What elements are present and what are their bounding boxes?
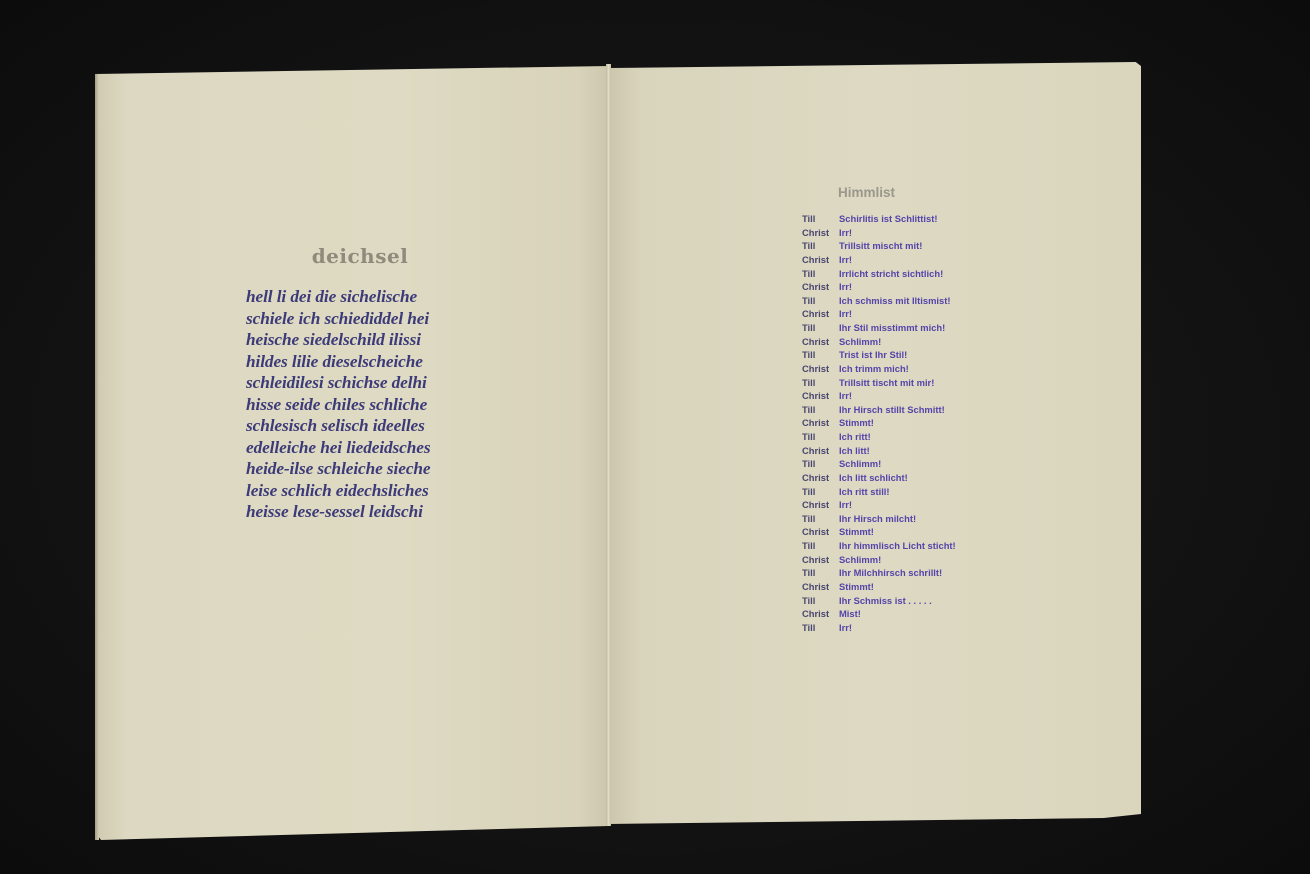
- speaker: Christ: [802, 553, 839, 567]
- poem-line: leise schlich eidechsliches: [246, 480, 462, 502]
- dialogue-line: Ich trimm mich!: [839, 362, 909, 376]
- poem-line: schiele ich schiediddel hei: [246, 308, 462, 330]
- dialogue-line: Stimmt!: [839, 525, 874, 539]
- speaker: Christ: [802, 444, 839, 458]
- speaker: Christ: [802, 607, 839, 621]
- speaker: Till: [802, 376, 839, 390]
- poem-line: schleidilesi schichse delhi: [246, 372, 462, 394]
- speaker: Till: [802, 348, 839, 362]
- poem-line: heisse lese-sessel leidschi: [246, 501, 462, 523]
- poem-line: hildes lilie dieselscheiche: [246, 351, 462, 373]
- poem-line: edelleiche hei liedeidsches: [246, 437, 462, 459]
- dialogue-line: Ihr Hirsch stillt Schmitt!: [839, 403, 945, 417]
- dialogue-row: ChristIch litt!: [802, 444, 1002, 458]
- play-title: Himmlist: [838, 185, 1002, 200]
- dialogue-list: TillSchirlitis ist Schlittist! ChristIrr…: [802, 212, 1002, 634]
- speaker: Christ: [802, 335, 839, 349]
- dialogue-line: Stimmt!: [839, 416, 874, 430]
- dialogue-row: ChristStimmt!: [802, 525, 1002, 539]
- dialogue-line: Ich ritt still!: [839, 485, 890, 499]
- speaker: Christ: [802, 389, 839, 403]
- dialogue-row: TillIch ritt!: [802, 430, 1002, 444]
- speaker: Till: [802, 539, 839, 553]
- dialogue-line: Irr!: [839, 307, 852, 321]
- poem-line: hell li dei die sichelische: [246, 286, 462, 308]
- poem-lines: hell li dei die sichelische schiele ich …: [246, 286, 462, 523]
- speaker: Christ: [802, 471, 839, 485]
- speaker: Till: [802, 239, 839, 253]
- poem-line: schlesisch selisch ideelles: [246, 415, 462, 437]
- dialogue-row: TillIrrlicht stricht sichtlich!: [802, 267, 1002, 281]
- speaker: Till: [802, 485, 839, 499]
- dialogue-row: TillIch ritt still!: [802, 485, 1002, 499]
- dialogue-line: Irr!: [839, 389, 852, 403]
- dialogue-line: Schlimm!: [839, 457, 881, 471]
- dialogue-row: ChristIrr!: [802, 280, 1002, 294]
- dialogue-row: ChristStimmt!: [802, 580, 1002, 594]
- speaker: Till: [802, 430, 839, 444]
- speaker: Till: [802, 621, 839, 635]
- dialogue-line: Irr!: [839, 621, 852, 635]
- dialogue-line: Ich ritt!: [839, 430, 871, 444]
- dialogue-row: TillIhr Stil misstimmt mich!: [802, 321, 1002, 335]
- dialogue-line: Irr!: [839, 280, 852, 294]
- speaker: Christ: [802, 253, 839, 267]
- dialogue-line: Ich litt!: [839, 444, 870, 458]
- dialogue-row: TillTrist ist Ihr Stil!: [802, 348, 1002, 362]
- dialogue-row: ChristMist!: [802, 607, 1002, 621]
- dialogue-row: ChristIch litt schlicht!: [802, 471, 1002, 485]
- dialogue-line: Irr!: [839, 498, 852, 512]
- dialogue-row: TillIch schmiss mit Iltismist!: [802, 294, 1002, 308]
- dialogue-row: TillIhr Milchhirsch schrillt!: [802, 566, 1002, 580]
- dialogue-line: Ihr Schmiss ist . . . . .: [839, 594, 932, 608]
- speaker: Till: [802, 294, 839, 308]
- dialogue-line: Trist ist Ihr Stil!: [839, 348, 907, 362]
- dialogue-row: TillSchlimm!: [802, 457, 1002, 471]
- dialogue-row: ChristStimmt!: [802, 416, 1002, 430]
- poem-deichsel: deichsel hell li dei die sichelische sch…: [246, 244, 462, 523]
- dialogue-line: Trillsitt mischt mit!: [839, 239, 922, 253]
- poem-line: heische siedelschild ilissi: [246, 329, 462, 351]
- speaker: Till: [802, 457, 839, 471]
- speaker: Till: [802, 512, 839, 526]
- speaker: Till: [802, 267, 839, 281]
- dialogue-line: Irr!: [839, 253, 852, 267]
- dialogue-line: Irrlicht stricht sichtlich!: [839, 267, 943, 281]
- dialogue-row: ChristIrr!: [802, 498, 1002, 512]
- speaker: Till: [802, 321, 839, 335]
- dialogue-row: TillIrr!: [802, 621, 1002, 635]
- poem-title: deichsel: [246, 244, 462, 268]
- dialogue-row: ChristIrr!: [802, 307, 1002, 321]
- speaker: Christ: [802, 226, 839, 240]
- speaker: Till: [802, 594, 839, 608]
- dialogue-row: TillIhr Hirsch stillt Schmitt!: [802, 403, 1002, 417]
- dialogue-row: ChristIrr!: [802, 226, 1002, 240]
- dialogue-line: Schlimm!: [839, 335, 881, 349]
- dialogue-line: Schlimm!: [839, 553, 881, 567]
- poem-line: heide-ilse schleiche sieche: [246, 458, 462, 480]
- speaker: Till: [802, 566, 839, 580]
- dialogue-row: TillIhr Hirsch milcht!: [802, 512, 1002, 526]
- speaker: Christ: [802, 280, 839, 294]
- dialogue-line: Ich litt schlicht!: [839, 471, 908, 485]
- dialogue-line: Trillsitt tischt mit mir!: [839, 376, 934, 390]
- play-himmlist: Himmlist TillSchirlitis ist Schlittist! …: [802, 185, 1002, 634]
- speaker: Till: [802, 212, 839, 226]
- dialogue-row: TillIhr Schmiss ist . . . . .: [802, 594, 1002, 608]
- dialogue-row: ChristSchlimm!: [802, 553, 1002, 567]
- dialogue-line: Ihr Hirsch milcht!: [839, 512, 916, 526]
- dialogue-line: Schirlitis ist Schlittist!: [839, 212, 937, 226]
- speaker: Christ: [802, 498, 839, 512]
- left-page-edge: [95, 74, 99, 840]
- dialogue-row: TillTrillsitt mischt mit!: [802, 239, 1002, 253]
- dialogue-row: ChristIrr!: [802, 389, 1002, 403]
- dialogue-line: Irr!: [839, 226, 852, 240]
- dialogue-row: ChristSchlimm!: [802, 335, 1002, 349]
- dialogue-line: Stimmt!: [839, 580, 874, 594]
- poem-line: hisse seide chiles schliche: [246, 394, 462, 416]
- dialogue-line: Ihr himmlisch Licht sticht!: [839, 539, 956, 553]
- dialogue-line: Mist!: [839, 607, 861, 621]
- speaker: Christ: [802, 416, 839, 430]
- dialogue-line: Ich schmiss mit Iltismist!: [839, 294, 951, 308]
- dialogue-row: TillIhr himmlisch Licht sticht!: [802, 539, 1002, 553]
- dialogue-line: Ihr Stil misstimmt mich!: [839, 321, 945, 335]
- book-spine: [606, 64, 611, 826]
- dialogue-row: TillSchirlitis ist Schlittist!: [802, 212, 1002, 226]
- dialogue-line: Ihr Milchhirsch schrillt!: [839, 566, 942, 580]
- speaker: Christ: [802, 307, 839, 321]
- speaker: Till: [802, 403, 839, 417]
- dialogue-row: ChristIrr!: [802, 253, 1002, 267]
- dialogue-row: ChristIch trimm mich!: [802, 362, 1002, 376]
- dialogue-row: TillTrillsitt tischt mit mir!: [802, 376, 1002, 390]
- speaker: Christ: [802, 525, 839, 539]
- speaker: Christ: [802, 580, 839, 594]
- speaker: Christ: [802, 362, 839, 376]
